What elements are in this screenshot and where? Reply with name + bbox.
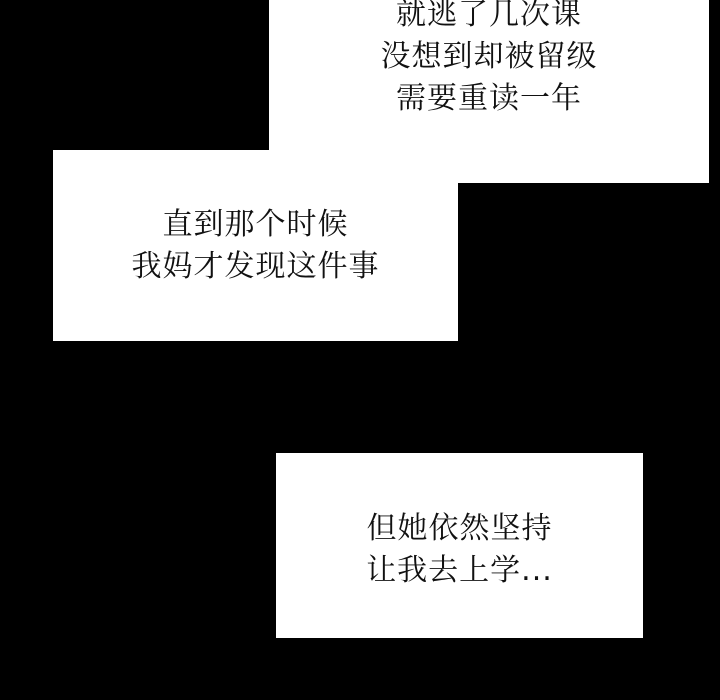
- caption-text: 直到那个时候 我妈才发现这件事: [132, 204, 380, 288]
- caption-text: 但她依然坚持 让我去上学...: [366, 508, 553, 592]
- caption-text: 就逃了几次课 没想到却被留级 需要重读一年: [381, 0, 598, 120]
- caption-line: 需要重读一年: [396, 78, 582, 120]
- caption-line: 让我去上学...: [366, 550, 553, 592]
- caption-line: 就逃了几次课: [396, 0, 582, 36]
- caption-line: 直到那个时候: [163, 204, 349, 246]
- caption-line: 没想到却被留级: [381, 36, 598, 78]
- caption-line: 但她依然坚持: [366, 508, 552, 550]
- caption-box-2: 直到那个时候 我妈才发现这件事: [53, 150, 458, 341]
- caption-line: 我妈才发现这件事: [132, 246, 380, 288]
- caption-box-3: 但她依然坚持 让我去上学...: [276, 453, 643, 638]
